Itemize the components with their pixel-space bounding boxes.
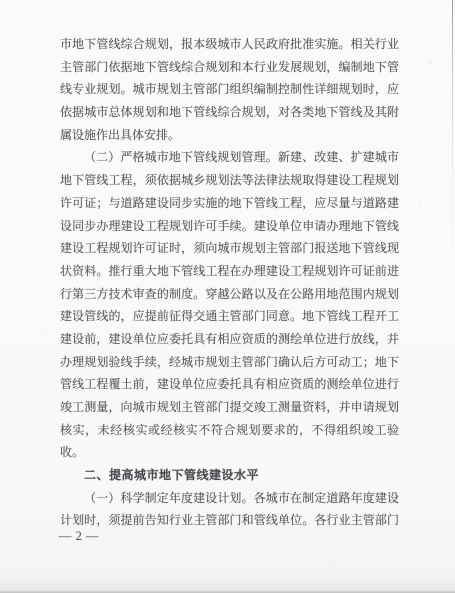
text-line: 管线工程覆土前，建设单位应委托具有相应资质的测绘单位进行 [60,373,399,396]
text-line: 许可证；与道路建设同步实施的地下管线工程，应尽量与道路建 [60,192,399,215]
text-line: 市地下管线综合规划，报本级城市人民政府批准实施。相关行业 [60,33,399,56]
text-line: 地下管线工程，须依据城乡规划法等法律法规取得建设工程规划 [60,169,399,192]
text-line: （一）科学制定年度建设计划。各城市在制定道路年度建设 [60,487,399,510]
text-line: 建设工程规划许可证时，须向城市规划主管部门报送地下管线现 [60,237,399,260]
page-number: — 2 — [59,529,99,544]
text-line: 主管部门依据地下管线综合规划和本行业发展规划，编制地下管 [60,56,399,79]
text-line: 建设管线的，应提前征得交通主管部门同意。地下管线工程开工 [60,305,399,328]
text-line: 设同步办理建设工程规划许可手续。建设单位申请办理地下管线 [60,215,399,238]
document-body: 市地下管线综合规划，报本级城市人民政府批准实施。相关行业主管部门依据地下管线综合… [60,33,399,532]
text-line: 计划时，须提前告知行业主管部门和管线单位。各行业主管部门 [60,509,399,532]
text-line: 建设前，建设单位应委托具有相应资质的测绘单位进行放线，并 [60,328,399,351]
text-line: 依据城市总体规划和地下管线综合规划，对各类地下管线及其附 [60,101,399,124]
section-heading: 二、提高城市地下管线建设水平 [60,464,399,487]
text-line: 办理规划验线手续，经城市规划主管部门确认后方可动工；地下 [60,351,399,374]
text-line: 行第三方技术审查的制度。穿越公路以及在公路用地范围内规划 [60,283,399,306]
text-line: （二）严格城市地下管线规划管理。新建、改建、扩建城市 [60,146,399,169]
text-line: 状资料。推行重大地下管线工程在办理建设工程规划许可证前进 [60,260,399,283]
text-line: 竣工测量，向城市规划主管部门提交竣工测量资料，并申请规划 [60,396,399,419]
text-line: 属设施作出具体安排。 [60,124,399,147]
document-page: 市地下管线综合规划，报本级城市人民政府批准实施。相关行业主管部门依据地下管线综合… [0,0,455,593]
scan-edge-artifact [452,0,453,290]
text-line: 收。 [60,441,399,464]
text-line: 核实，未经核实或经核实不符合规划要求的，不得组织竣工验 [60,419,399,442]
text-line: 线专业规划。城市规划主管部门组织编制控制性详细规划时，应 [60,78,399,101]
